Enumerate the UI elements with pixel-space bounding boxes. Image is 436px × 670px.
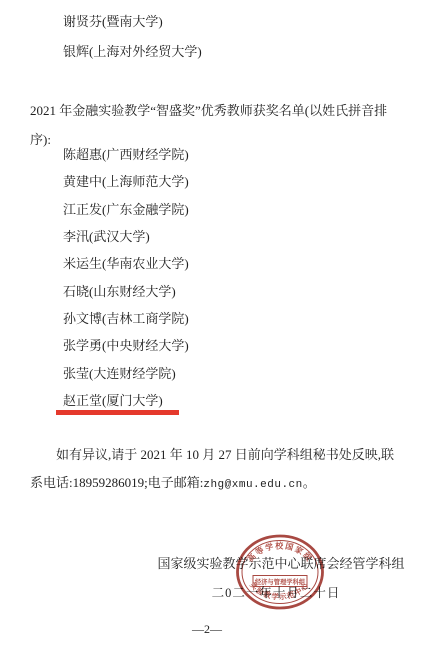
official-seal: 高等学校国家级 经济与管理学科组 实验教学示范中心	[233, 532, 327, 612]
document-page: 谢贤芬(暨南大学) 银辉(上海对外经贸大学) 2021 年金融实验教学“智盛奖”…	[0, 0, 436, 670]
email-text: zhg@xmu.edu.cn	[203, 479, 302, 491]
winner-entry: 黄建中(上海师范大学)	[63, 168, 189, 195]
winner-list: 陈超惠(广西财经学院) 黄建中(上海师范大学) 江正发(广东金融学院) 李汛(武…	[63, 141, 189, 414]
winner-entry: 陈超惠(广西财经学院)	[63, 141, 189, 168]
winner-entry: 张莹(大连财经学院)	[63, 360, 189, 387]
winner-entry: 张学勇(中央财经大学)	[63, 332, 189, 359]
notice-line2-text: 系电话:18959286019;电子邮箱:	[30, 475, 203, 490]
seal-banner-text: 经济与管理学科组	[255, 577, 306, 586]
highlight-underline	[56, 410, 179, 415]
section-heading-line: 2021 年金融实验教学“智盛奖”优秀教师获奖名单(以姓氏拼音排	[30, 97, 416, 126]
notice-line2-period: 。	[303, 475, 316, 490]
notice-line1-text: 如有异议,请于 2021 年 10 月 27 日前向学科组秘书处反映,联	[30, 447, 394, 462]
page-number: —2—	[0, 622, 414, 636]
notice-line: 系电话:18959286019;电子邮箱:zhg@xmu.edu.cn。	[30, 469, 418, 500]
award-entry: 银辉(上海对外经贸大学)	[63, 44, 202, 59]
winner-entry: 李汛(武汉大学)	[63, 223, 189, 250]
winner-entry: 米运生(华南农业大学)	[63, 250, 189, 277]
winner-entry: 石晓(山东财经大学)	[63, 278, 189, 305]
winner-entry: 江正发(广东金融学院)	[63, 196, 189, 223]
winner-entry: 孙文博(吉林工商学院)	[63, 305, 189, 332]
objection-notice: 如有异议,请于 2021 年 10 月 27 日前向学科组秘书处反映,联 系电话…	[30, 441, 418, 499]
award-entry: 谢贤芬(暨南大学)	[63, 14, 163, 29]
notice-line: 如有异议,请于 2021 年 10 月 27 日前向学科组秘书处反映,联	[30, 441, 418, 469]
